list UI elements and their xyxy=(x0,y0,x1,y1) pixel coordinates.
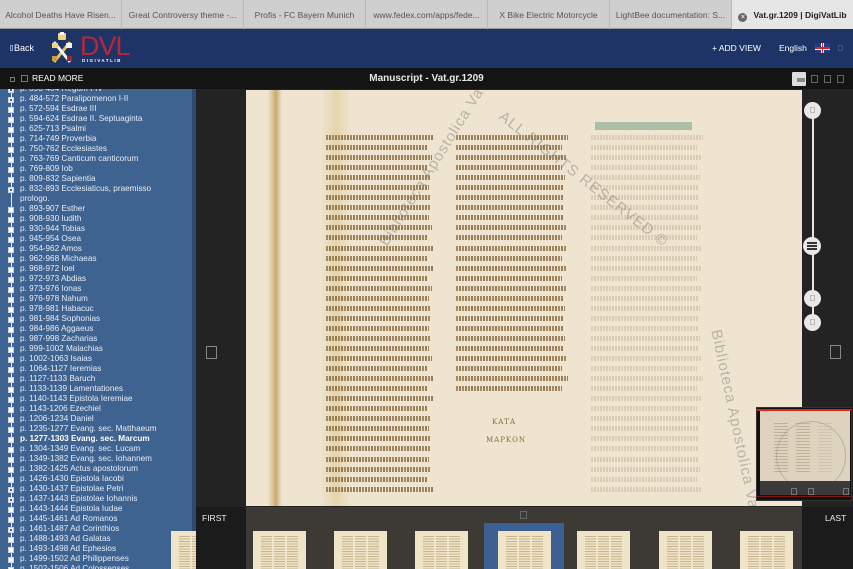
uk-flag-icon[interactable] xyxy=(815,43,830,53)
browser-tab-active[interactable]: ×Vat.gr.1209 | DigiVatLib xyxy=(732,0,853,29)
text-line xyxy=(591,464,703,474)
index-item-label: p. 750-762 Ecclesiastes xyxy=(20,144,107,153)
expand-node-icon[interactable] xyxy=(8,187,14,193)
toolbar-icon-1[interactable] xyxy=(811,75,818,83)
index-item[interactable]: p. 1206-1234 Daniel xyxy=(0,414,196,424)
text-line xyxy=(591,363,703,373)
index-item-label: p. 968-972 Ioel xyxy=(20,264,75,273)
leaf-node-icon[interactable] xyxy=(8,167,14,173)
text-line xyxy=(456,182,568,192)
index-item[interactable]: p. 973-976 Ionas xyxy=(0,284,196,294)
text-line xyxy=(456,243,568,253)
leaf-node-icon[interactable] xyxy=(8,447,14,453)
index-item-label: p. 1127-1133 Baruch xyxy=(20,374,95,383)
index-item[interactable]: p. 999-1002 Malachias xyxy=(0,344,196,354)
leaf-node-icon[interactable] xyxy=(8,237,14,243)
text-line xyxy=(591,253,703,263)
thumbnail-column xyxy=(748,536,759,569)
index-item[interactable]: p. 1382-1425 Actus apostolorum xyxy=(0,464,196,474)
decoration-bar xyxy=(595,122,692,130)
index-item-label: p. 1461-1487 Ad Corinthios xyxy=(20,524,119,533)
minimap-viewport-frame-bottom xyxy=(757,496,851,497)
index-item-label: p. 1430-1437 Epistolae Petri xyxy=(20,484,123,493)
page-thumbnail[interactable] xyxy=(334,531,387,569)
first-page-button[interactable]: FIRST xyxy=(196,507,246,569)
page-thumbnail[interactable] xyxy=(415,531,468,569)
tab-label: Profis - FC Bayern Munich xyxy=(255,10,355,20)
tab-label: Great Controversy theme -... xyxy=(129,10,237,20)
leaf-node-icon[interactable] xyxy=(8,377,14,383)
manuscript-heading-kata: ΚΑΤΑ xyxy=(492,418,516,426)
thumbnail-column xyxy=(774,536,785,569)
index-item[interactable]: p. 484-572 Paralipomenon I-II xyxy=(0,94,196,104)
index-item-label: p. 930-944 Tobias xyxy=(20,224,85,233)
index-item[interactable]: p. 1304-1349 Evang. sec. Lucam xyxy=(0,444,196,454)
thumbnail-column xyxy=(355,536,366,569)
text-line xyxy=(326,343,434,353)
browser-tab[interactable]: Profis - FC Bayern Munich xyxy=(244,0,366,29)
text-line xyxy=(456,313,568,323)
minimap-icon-1[interactable] xyxy=(791,488,797,495)
index-item-label: p. 1493-1498 Ad Ephesios xyxy=(20,544,116,553)
index-item-label: p. 945-954 Osea xyxy=(20,234,81,243)
text-line xyxy=(591,353,703,363)
text-line xyxy=(326,363,434,373)
leaf-node-icon[interactable] xyxy=(8,277,14,283)
text-column-3 xyxy=(591,132,703,494)
text-line xyxy=(326,132,434,142)
previous-page-button[interactable] xyxy=(206,346,217,359)
menu-icon[interactable] xyxy=(838,45,843,51)
text-line xyxy=(326,373,434,383)
index-item[interactable]: p. 893-907 Esther xyxy=(0,204,196,214)
text-line xyxy=(591,343,703,353)
text-line xyxy=(326,443,434,453)
index-item[interactable]: p. 968-972 Ioel xyxy=(0,264,196,274)
index-item[interactable]: p. 1140-1143 Epistola Ieremiae xyxy=(0,394,196,404)
index-item[interactable]: p. 1143-1206 Ezechiel xyxy=(0,404,196,414)
leaf-node-icon[interactable] xyxy=(8,387,14,393)
index-item-label: p. 962-968 Michaeas xyxy=(20,254,96,263)
text-line xyxy=(591,243,703,253)
text-line xyxy=(456,373,568,383)
thumbnail-strip[interactable]: FIRST LAST xyxy=(196,507,853,569)
text-line xyxy=(326,323,434,333)
leaf-node-icon[interactable] xyxy=(8,267,14,273)
toolbar-icon-2[interactable] xyxy=(824,75,831,83)
text-line xyxy=(591,172,703,182)
text-line xyxy=(456,202,568,212)
expand-node-icon[interactable] xyxy=(8,487,14,493)
thumbnail-column xyxy=(667,536,678,569)
page-thumbnail[interactable] xyxy=(659,531,712,569)
text-line xyxy=(326,413,434,423)
minimap-icon-2[interactable] xyxy=(808,488,814,495)
index-item-label: p. 999-1002 Malachias xyxy=(20,344,103,353)
zoom-in-icon xyxy=(810,107,815,113)
index-item[interactable]: p. 763-769 Canticum canticorum xyxy=(0,154,196,164)
text-line xyxy=(591,413,703,423)
leaf-node-icon[interactable] xyxy=(8,157,14,163)
text-line xyxy=(591,433,703,443)
text-line xyxy=(456,293,568,303)
index-item[interactable]: p. 987-998 Zacharias xyxy=(0,334,196,344)
text-line xyxy=(591,383,703,393)
index-item[interactable]: p. 1488-1493 Ad Galatas xyxy=(0,534,196,544)
text-line xyxy=(326,293,434,303)
viewer-titlebar: READ MORE Manuscript - Vat.gr.1209 xyxy=(0,68,853,89)
tab-label: Vat.gr.1209 | DigiVatLib xyxy=(753,10,846,20)
minimap-icon-3[interactable] xyxy=(843,488,849,495)
index-item[interactable]: p. 962-968 Michaeas xyxy=(0,254,196,264)
page-thumbnail[interactable] xyxy=(577,531,630,569)
zoom-slider-handle[interactable] xyxy=(803,237,821,255)
index-item[interactable]: p. 984-986 Aggaeus xyxy=(0,324,196,334)
index-item-label: p. 1443-1444 Epistola Iudae xyxy=(20,504,122,513)
index-item-label: p. 572-594 Esdrae III xyxy=(20,104,96,113)
thumbnail-column xyxy=(423,536,434,569)
page-thumbnail[interactable] xyxy=(498,531,551,569)
index-item-label: p. 981-984 Sophonias xyxy=(20,314,100,323)
text-line xyxy=(591,162,703,172)
index-item-label: p. 763-769 Canticum canticorum xyxy=(20,154,138,163)
leaf-node-icon[interactable] xyxy=(8,477,14,483)
index-item[interactable]: p. 572-594 Esdrae III xyxy=(0,104,196,114)
thumbnail-column xyxy=(287,536,298,569)
browser-tab[interactable]: www.fedex.com/apps/fede... xyxy=(366,0,488,29)
index-item-label: p. 1499-1502 Ad Philippenses xyxy=(20,554,129,563)
image-viewer[interactable]: ΚΑΤΑ ΜΑΡΚΟΝ Biblioteca Apostolica Vatica… xyxy=(196,89,853,507)
text-line xyxy=(591,263,703,273)
text-line xyxy=(591,333,703,343)
text-line xyxy=(326,243,434,253)
page-thumbnail[interactable] xyxy=(253,531,306,569)
text-line xyxy=(456,303,568,313)
text-line xyxy=(456,323,568,333)
index-item-label: p. 1235-1277 Evang. sec. Matthaeum xyxy=(20,424,157,433)
manuscript-page-image[interactable]: ΚΑΤΑ ΜΑΡΚΟΝ Biblioteca Apostolica Vatica… xyxy=(246,90,802,506)
rotate-icon xyxy=(810,319,815,325)
index-item[interactable]: p. 976-978 Nahum xyxy=(0,294,196,304)
thumbnail-column xyxy=(693,536,704,569)
text-line xyxy=(591,132,703,142)
index-item[interactable]: p. 1443-1444 Epistola Iudae xyxy=(0,504,196,514)
papal-keys-logo-icon xyxy=(50,32,74,64)
thumbnail-column xyxy=(680,536,691,569)
index-item[interactable]: p. 1499-1502 Ad Philippenses xyxy=(0,554,196,564)
index-item[interactable]: p. 954-962 Amos xyxy=(0,244,196,254)
browser-tab[interactable]: Alcohol Deaths Have Risen... xyxy=(0,0,122,29)
index-item[interactable]: p. 1493-1498 Ad Ephesios xyxy=(0,544,196,554)
expand-node-icon[interactable] xyxy=(8,527,14,533)
index-item-label: p. 625-713 Psalmi xyxy=(20,124,86,133)
minimap-page xyxy=(760,411,850,481)
leaf-node-icon[interactable] xyxy=(8,337,14,343)
thumbnail-column xyxy=(436,536,447,569)
tab-label: www.fedex.com/apps/fede... xyxy=(373,10,479,20)
text-line xyxy=(591,323,703,333)
browser-tab[interactable]: Great Controversy theme -... xyxy=(122,0,244,29)
text-line xyxy=(591,443,703,453)
index-item-label: p. 393-484 Regum I-IV xyxy=(20,89,103,93)
text-line xyxy=(591,454,703,464)
tab-close-icon[interactable]: × xyxy=(738,13,747,22)
text-line xyxy=(326,283,434,293)
index-item-label: p. 893-907 Esther xyxy=(20,204,85,213)
leaf-node-icon[interactable] xyxy=(8,547,14,553)
leaf-node-icon[interactable] xyxy=(8,107,14,113)
leaf-node-icon[interactable] xyxy=(8,517,14,523)
thumbnail-column xyxy=(761,536,772,569)
document-icon[interactable] xyxy=(792,72,806,86)
leaf-node-icon[interactable] xyxy=(8,127,14,133)
page-thumbnail[interactable] xyxy=(740,531,793,569)
text-line xyxy=(591,303,703,313)
toolbar-icon-3[interactable] xyxy=(837,75,844,83)
zoom-in-button[interactable] xyxy=(804,102,821,119)
thumbnail-column xyxy=(342,536,353,569)
text-line xyxy=(456,273,568,283)
index-item-label: p. 714-749 Proverbia xyxy=(20,134,96,143)
index-list: p. 393-484 Regum I-IVp. 484-572 Paralipo… xyxy=(0,89,196,569)
navigator-minimap[interactable] xyxy=(756,407,852,501)
text-line xyxy=(326,142,434,152)
last-label: LAST xyxy=(825,513,846,523)
text-line xyxy=(456,343,568,353)
index-item[interactable]: p. 1461-1487 Ad Corinthios xyxy=(0,524,196,534)
browser-tab[interactable]: X Bike Electric Motorcycle xyxy=(488,0,610,29)
index-item[interactable]: p. 972-973 Abdias xyxy=(0,274,196,284)
leaf-node-icon[interactable] xyxy=(8,257,14,263)
leaf-node-icon[interactable] xyxy=(8,347,14,353)
browser-tab[interactable]: LightBee documentation: S... xyxy=(610,0,732,29)
text-line xyxy=(326,484,434,494)
leaf-node-icon[interactable] xyxy=(8,217,14,223)
leaf-node-icon[interactable] xyxy=(8,177,14,183)
leaf-node-icon[interactable] xyxy=(8,537,14,543)
text-line xyxy=(326,263,434,273)
index-item[interactable]: p. 1426-1430 Epistola Iacobi xyxy=(0,474,196,484)
last-page-button[interactable]: LAST xyxy=(802,507,853,569)
text-line xyxy=(326,353,434,363)
index-item[interactable]: p. 978-981 Habacuc xyxy=(0,304,196,314)
text-line xyxy=(326,464,434,474)
index-item-label: p. 1143-1206 Ezechiel xyxy=(20,404,101,413)
text-line xyxy=(326,273,434,283)
text-line xyxy=(456,253,568,263)
index-item-label: p. 1140-1143 Epistola Ieremiae xyxy=(20,394,133,403)
text-line xyxy=(326,393,434,403)
index-item[interactable]: p. 1437-1443 Epistolae Iohannis xyxy=(0,494,196,504)
tab-label: LightBee documentation: S... xyxy=(616,10,725,20)
index-item[interactable]: p. 1002-1063 Isaias xyxy=(0,354,196,364)
index-item[interactable]: p. 945-954 Osea xyxy=(0,234,196,244)
leaf-node-icon[interactable] xyxy=(8,507,14,513)
leaf-node-icon[interactable] xyxy=(8,287,14,293)
index-item[interactable]: p. 1502-1506 Ad Colossenses xyxy=(0,564,196,569)
thumbnail-column xyxy=(506,536,517,569)
thumbnail-column xyxy=(179,536,190,569)
index-item[interactable]: p. 714-749 Proverbia xyxy=(0,134,196,144)
index-item-label: p. 594-624 Esdrae II. Septuaginta xyxy=(20,114,142,123)
expand-node-icon[interactable] xyxy=(8,89,14,93)
leaf-node-icon[interactable] xyxy=(8,247,14,253)
text-line xyxy=(591,423,703,433)
text-line xyxy=(456,283,568,293)
zoom-out-icon xyxy=(810,295,815,301)
text-line xyxy=(456,353,568,363)
index-item[interactable]: p. 750-762 Ecclesiastes xyxy=(0,144,196,154)
text-line xyxy=(326,313,434,323)
leaf-node-icon[interactable] xyxy=(8,327,14,333)
text-line xyxy=(456,383,568,393)
leaf-node-icon[interactable] xyxy=(8,147,14,153)
index-item-label: p. 1445-1461 Ad Romanos xyxy=(20,514,117,523)
leaf-node-icon[interactable] xyxy=(8,467,14,473)
index-item-label: p. 978-981 Habacuc xyxy=(20,304,94,313)
text-line xyxy=(326,212,434,222)
manuscript-title: Manuscript - Vat.gr.1209 xyxy=(0,73,853,84)
expand-node-icon[interactable] xyxy=(8,497,14,503)
next-page-button[interactable] xyxy=(830,345,841,359)
index-item-label: p. 976-978 Nahum xyxy=(20,294,88,303)
index-item-label: p. 769-809 Iob xyxy=(20,164,73,173)
text-line xyxy=(326,423,434,433)
text-line xyxy=(456,333,568,343)
index-item[interactable]: p. 1133-1139 Lamentationes xyxy=(0,384,196,394)
index-item[interactable]: p. 1064-1127 Ieremias xyxy=(0,364,196,374)
leaf-node-icon[interactable] xyxy=(8,417,14,423)
leaf-node-icon[interactable] xyxy=(8,317,14,323)
text-line xyxy=(456,172,568,182)
text-line xyxy=(326,303,434,313)
text-line xyxy=(591,142,703,152)
text-line xyxy=(326,403,434,413)
leaf-node-icon[interactable] xyxy=(8,357,14,363)
logo-subtitle: DIGIVATLIB xyxy=(82,58,122,63)
text-line xyxy=(456,263,568,273)
thumbnail-column xyxy=(519,536,530,569)
index-item[interactable]: p. 1430-1437 Epistolae Petri xyxy=(0,484,196,494)
index-item[interactable]: p. 769-809 Iob xyxy=(0,164,196,174)
index-item-label: p. 1002-1063 Isaias xyxy=(20,354,92,363)
index-item[interactable]: p. 594-624 Esdrae II. Septuaginta xyxy=(0,114,196,124)
leaf-node-icon[interactable] xyxy=(8,557,14,563)
leaf-node-icon[interactable] xyxy=(8,297,14,303)
text-line xyxy=(326,474,434,484)
leaf-node-icon[interactable] xyxy=(8,457,14,463)
index-item-label: p. 484-572 Paralipomenon I-II xyxy=(20,94,128,103)
index-item-label: p. 1206-1234 Daniel xyxy=(20,414,94,423)
leaf-node-icon[interactable] xyxy=(8,437,14,443)
index-sidebar: p. 393-484 Regum I-IVp. 484-572 Paralipo… xyxy=(0,89,196,569)
index-item-label: p. 954-962 Amos xyxy=(20,244,82,253)
text-line xyxy=(591,283,703,293)
text-line xyxy=(591,293,703,303)
index-item[interactable]: p. 1349-1382 Evang. sec. Iohannem xyxy=(0,454,196,464)
index-item-label: p. 1437-1443 Epistolae Iohannis xyxy=(20,494,137,503)
leaf-node-icon[interactable] xyxy=(8,227,14,233)
index-item[interactable]: p. 625-713 Psalmi xyxy=(0,124,196,134)
text-line xyxy=(456,212,568,222)
thumbnail-column xyxy=(368,536,379,569)
index-item[interactable]: p. 809-832 Sapientia xyxy=(0,174,196,184)
back-icon xyxy=(10,45,13,51)
text-line xyxy=(326,433,434,443)
leaf-node-icon[interactable] xyxy=(8,137,14,143)
index-item-label: p. 984-986 Aggaeus xyxy=(20,324,93,333)
text-line xyxy=(456,192,568,202)
index-item-label: p. 1304-1349 Evang. sec. Lucam xyxy=(20,444,140,453)
text-line xyxy=(591,373,703,383)
strip-toggle-icon[interactable] xyxy=(520,511,527,519)
text-line xyxy=(591,484,703,494)
text-line xyxy=(326,383,434,393)
index-item[interactable]: p. 1277-1303 Evang. sec. Marcum xyxy=(0,434,196,444)
leaf-node-icon[interactable] xyxy=(8,207,14,213)
index-item-label: p. 1133-1139 Lamentationes xyxy=(20,384,123,393)
leaf-node-icon[interactable] xyxy=(8,407,14,413)
rotate-button[interactable] xyxy=(804,314,821,331)
app-header: Back DVL DIGIVATLIB + ADD VIEW English xyxy=(0,29,853,68)
leaf-node-icon[interactable] xyxy=(8,427,14,433)
back-label: Back xyxy=(14,43,34,53)
tab-label: X Bike Electric Motorcycle xyxy=(499,10,597,20)
index-item[interactable]: p. 981-984 Sophonias xyxy=(0,314,196,324)
text-line xyxy=(591,273,703,283)
index-item-label: p. 908-930 Iudith xyxy=(20,214,81,223)
index-item[interactable]: p. 908-930 Iudith xyxy=(0,214,196,224)
add-view-button[interactable]: + ADD VIEW xyxy=(712,43,761,53)
tab-label: Alcohol Deaths Have Risen... xyxy=(5,10,116,20)
minimap-toolbar xyxy=(760,481,850,495)
text-line xyxy=(456,363,568,373)
text-column-2 xyxy=(456,132,568,393)
thumbnail-column xyxy=(532,536,543,569)
text-line xyxy=(326,152,434,162)
text-line xyxy=(456,232,568,242)
text-line xyxy=(591,313,703,323)
thumbnail-column xyxy=(274,536,285,569)
index-item[interactable]: p. 930-944 Tobias xyxy=(0,224,196,234)
index-item[interactable]: p. 1445-1461 Ad Romanos xyxy=(0,514,196,524)
index-item[interactable]: p. 1235-1277 Evang. sec. Matthaeum xyxy=(0,424,196,434)
index-item-label: p. 973-976 Ionas xyxy=(20,284,81,293)
back-button[interactable]: Back xyxy=(10,43,34,53)
thumbnail-column xyxy=(598,536,609,569)
zoom-out-button[interactable] xyxy=(804,290,821,307)
text-line xyxy=(326,253,434,263)
leaf-node-icon[interactable] xyxy=(8,117,14,123)
leaf-node-icon[interactable] xyxy=(8,397,14,403)
manuscript-heading-markon: ΜΑΡΚΟΝ xyxy=(486,436,526,444)
leaf-node-icon[interactable] xyxy=(8,307,14,313)
text-line xyxy=(591,403,703,413)
index-item[interactable]: p. 1127-1133 Baruch xyxy=(0,374,196,384)
thumbnail-column xyxy=(585,536,596,569)
language-selector[interactable]: English xyxy=(779,43,807,53)
index-item[interactable]: p. 832-893 Ecclesiaticus, praemisso prol… xyxy=(0,184,196,204)
index-item-label: p. 987-998 Zacharias xyxy=(20,334,97,343)
expand-node-icon[interactable] xyxy=(8,97,14,103)
index-item-label: p. 1488-1493 Ad Galatas xyxy=(20,534,111,543)
index-item-label: p. 1426-1430 Epistola Iacobi xyxy=(20,474,124,483)
index-item-label: p. 1502-1506 Ad Colossenses xyxy=(20,564,129,569)
thumbnail-column xyxy=(449,536,460,569)
leaf-node-icon[interactable] xyxy=(8,367,14,373)
text-line xyxy=(456,222,568,232)
index-item-label: p. 1382-1425 Actus apostolorum xyxy=(20,464,138,473)
